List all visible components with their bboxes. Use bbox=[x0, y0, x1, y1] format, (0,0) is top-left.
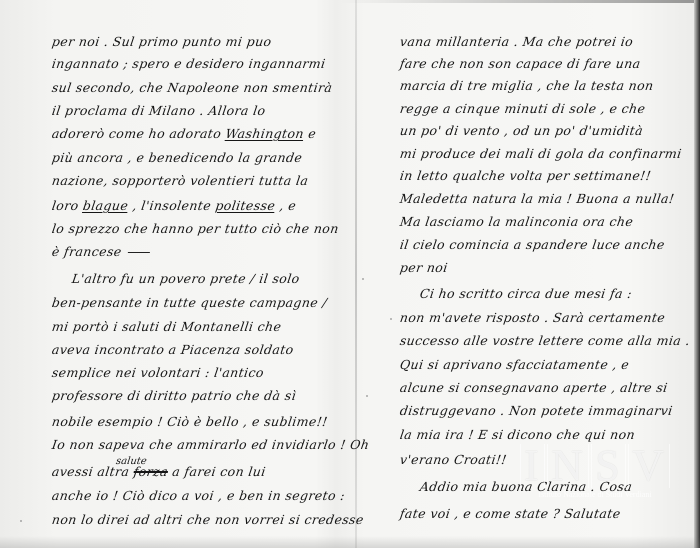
closing-dash bbox=[127, 252, 149, 253]
paper-speck bbox=[362, 278, 364, 280]
left-line-18: Io non sapeva che ammirarlo ed invidiarl… bbox=[51, 437, 370, 452]
left-line-13: mi portò i saluti di Montanelli che bbox=[51, 319, 283, 334]
left-line-5-text: adorerò come ho adorato Washington e bbox=[51, 126, 317, 141]
left-line-14: aveva incontrato a Piacenza soldato bbox=[51, 342, 295, 357]
paper-bottom-shadow bbox=[0, 536, 700, 548]
left-line-3: sul secondo, che Napoleone non smentirà bbox=[51, 80, 333, 95]
underlined-word: Washington bbox=[225, 126, 305, 141]
left-line-4: il proclama di Milano . Allora lo bbox=[51, 103, 267, 118]
left-line-21: non lo direi ad altri che non vorrei si … bbox=[51, 512, 365, 527]
right-line-18: la mia ira ! E si dicono che qui non bbox=[399, 427, 636, 442]
left-line-9: lo sprezzo che hanno per tutto ciò che n… bbox=[51, 221, 340, 236]
left-line-7: nazione, sopporterò volentieri tutta la bbox=[51, 173, 309, 188]
left-line-2: ingannato ; spero e desidero ingannarmi bbox=[51, 56, 327, 71]
paper-speck bbox=[20, 520, 22, 522]
letter-scan: per noi . Sul primo punto mi puo inganna… bbox=[0, 0, 700, 548]
right-line-10: il cielo comincia a spandere luce anche bbox=[399, 237, 666, 252]
paper-top-edge bbox=[340, 0, 700, 3]
right-line-15: Qui si aprivano sfacciatamente , e bbox=[399, 357, 630, 372]
left-line-20: anche io ! Ciò dico a voi , e ben in seg… bbox=[51, 488, 346, 503]
right-line-7: in letto qualche volta per settimane!! bbox=[399, 168, 652, 183]
right-line-19: v'erano Croati!! bbox=[399, 452, 508, 467]
right-line-21: fate voi , e come state ? Salutate bbox=[399, 506, 622, 521]
right-line-3: marcia di tre miglia , che la testa non bbox=[399, 78, 655, 93]
left-line-12: ben-pensante in tutte queste campagne / bbox=[51, 295, 328, 310]
right-line-6: mi produce dei mali di gola da confinarm… bbox=[399, 146, 683, 161]
left-line-1: per noi . Sul primo punto mi puo bbox=[51, 34, 273, 49]
right-line-20: Addio mia buona Clarina . Cosa bbox=[419, 479, 633, 494]
paper-speck bbox=[390, 318, 392, 320]
left-line-19: avessi altra forza a farei con lui bbox=[51, 464, 267, 479]
watermark-letter: V bbox=[628, 444, 670, 488]
right-line-1: vana millanteria . Ma che potrei io bbox=[399, 34, 634, 49]
left-line-10: è francese bbox=[51, 244, 151, 259]
page-fold bbox=[355, 0, 357, 548]
right-line-9: Ma lasciamo la malinconia ora che bbox=[399, 214, 634, 229]
right-line-12: Ci ho scritto circa due mesi fa : bbox=[419, 286, 633, 301]
paper-right-edge bbox=[694, 0, 700, 548]
right-line-16: alcune si consegnavano aperte , altre si bbox=[399, 380, 669, 395]
left-line-15: semplice nei volontari : l'antico bbox=[51, 365, 265, 380]
left-line-16: professore di diritto patrio che dà sì bbox=[51, 388, 297, 403]
underlined-word: blague bbox=[82, 198, 129, 213]
right-line-8: Maledetta natura la mia ! Buona a nulla! bbox=[399, 191, 676, 206]
right-line-14: successo alle vostre lettere come alla m… bbox=[399, 333, 691, 348]
insv-watermark: I N S V Istituto Nazionale di Studi Verd… bbox=[520, 444, 670, 506]
left-line-10-text: è francese bbox=[51, 244, 123, 259]
paper-speck bbox=[366, 395, 368, 397]
right-line-2: fare che non son capace di fare una bbox=[399, 56, 642, 71]
right-line-5: un po' di vento , od un po' d'umidità bbox=[399, 123, 644, 138]
underlined-word: politesse bbox=[214, 198, 276, 213]
left-line-6: più ancora , e benedicendo la grande bbox=[51, 150, 303, 165]
left-line-8: loro blague , l'insolente politesse , e bbox=[51, 198, 297, 213]
left-line-5: adorerò come ho adorato Washington e bbox=[51, 126, 317, 141]
right-line-4: regge a cinque minuti di sole , e che bbox=[399, 101, 647, 116]
left-line-17: nobile esempio ! Ciò è bello , e sublime… bbox=[51, 414, 329, 429]
struck-word: forza bbox=[133, 464, 169, 479]
right-line-17: distruggevano . Non potete immaginarvi bbox=[399, 403, 674, 418]
left-line-11: L'altro fu un povero prete / il solo bbox=[71, 271, 301, 286]
right-line-11: per noi bbox=[399, 260, 449, 275]
right-line-13: non m'avete risposto . Sarà certamente bbox=[399, 310, 666, 325]
